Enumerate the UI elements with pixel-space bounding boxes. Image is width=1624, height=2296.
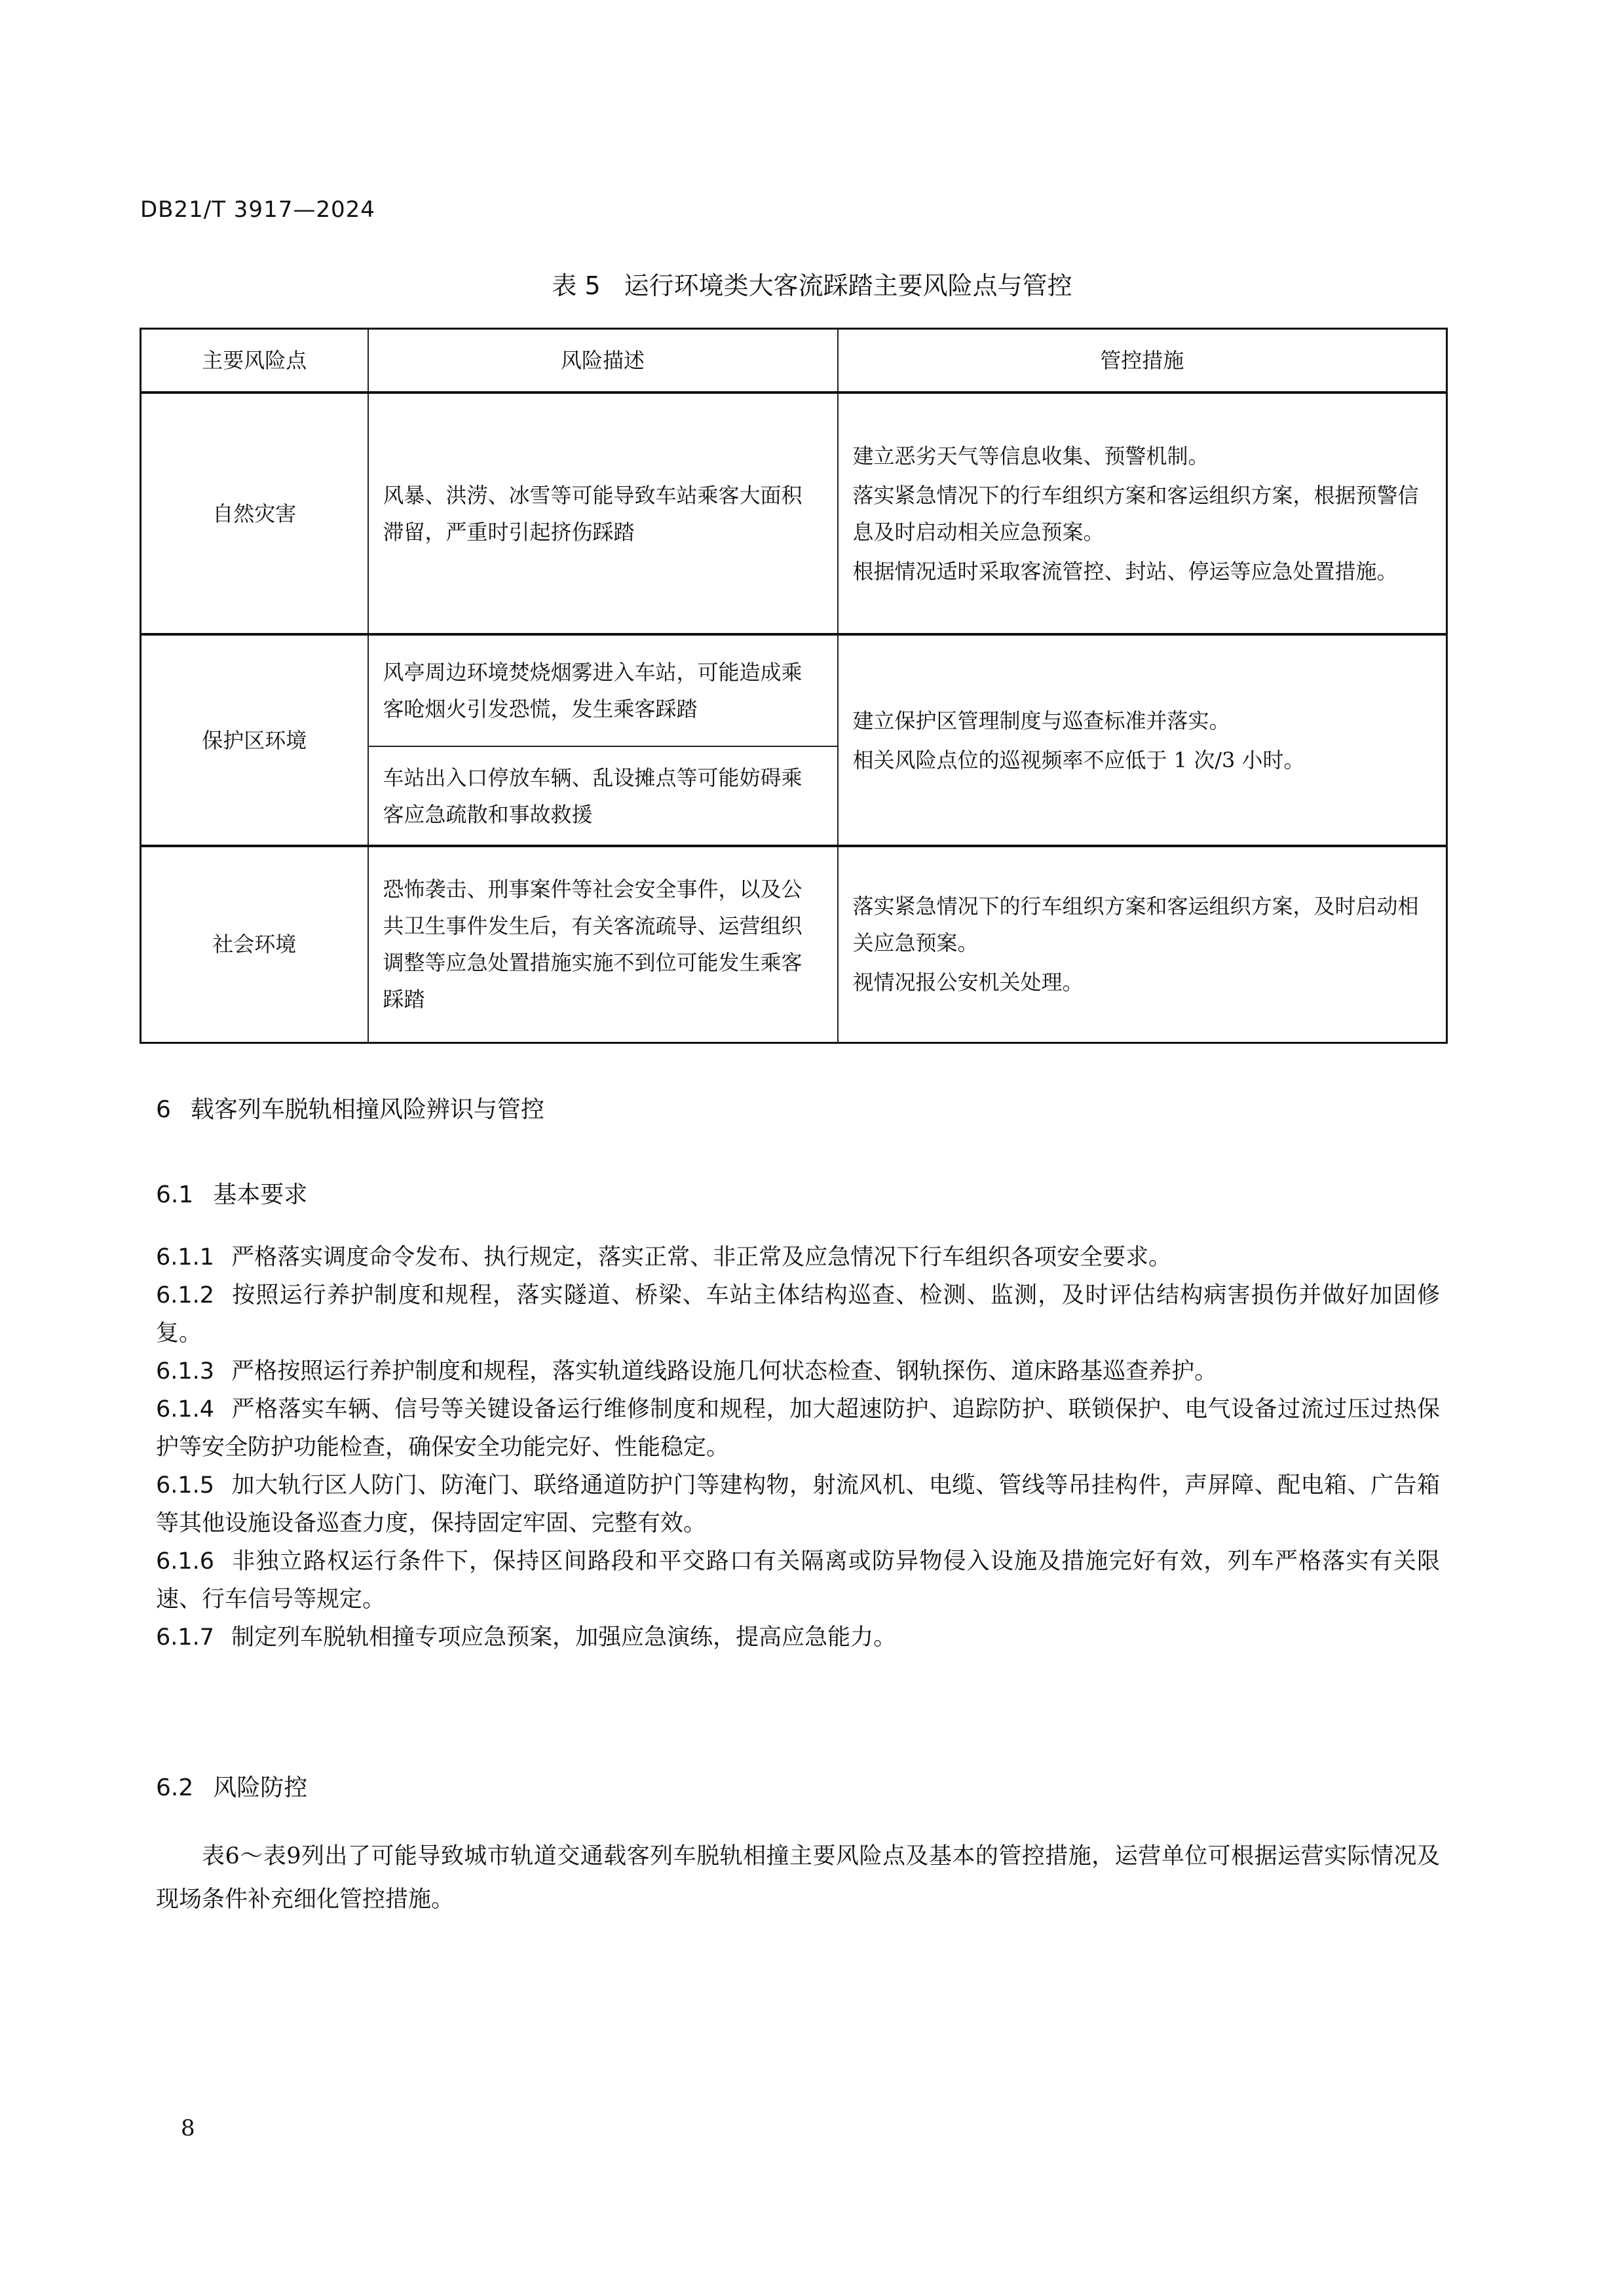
clause-text: 按照运行养护制度和规程，落实隧道、桥梁、车站主体结构巡查、检测、监测，及时评估结…: [156, 1282, 1440, 1347]
control-measures: 建立恶劣天气等信息收集、预警机制。 落实紧急情况下的行车组织方案和客运组织方案，…: [838, 392, 1447, 634]
clause-item: 6.1.7制定列车脱轨相撞专项应急预案，加强应急演练，提高应急能力。: [156, 1618, 1440, 1656]
clause-number: 6.1.3: [156, 1358, 214, 1385]
description-text: 风亭周边环境焚烧烟雾进入车站，可能造成乘客呛烟火引发恐慌，发生乘客踩踏: [383, 654, 823, 727]
clause-text: 严格按照运行养护制度和规程，落实轨道线路设施几何状态检查、钢轨探伤、道床路基巡查…: [231, 1358, 1217, 1385]
risk-description: 风暴、洪涝、冰雪等可能导致车站乘客大面积滞留，严重时引起挤伤踩踏: [368, 392, 838, 634]
table-header-row: 主要风险点 风险描述 管控措施: [141, 329, 1447, 393]
column-header-control-measures: 管控措施: [838, 329, 1447, 393]
clause-text: 严格落实车辆、信号等关键设备运行维修制度和规程，加大超速防护、追踪防护、联锁保护…: [156, 1396, 1440, 1461]
clause-number: 6.1.6: [156, 1548, 214, 1575]
clause-number: 6.1.1: [156, 1244, 214, 1271]
risk-description: 恐怖袭击、刑事案件等社会安全事件，以及公共卫生事件发生后，有关客流疏导、运营组织…: [368, 846, 838, 1043]
section-number: 6: [156, 1096, 171, 1123]
risk-description: 风亭周边环境焚烧烟雾进入车站，可能造成乘客呛烟火引发恐慌，发生乘客踩踏: [368, 634, 838, 746]
page-number: 8: [181, 2115, 195, 2141]
table-row: 保护区环境 风亭周边环境焚烧烟雾进入车站，可能造成乘客呛烟火引发恐慌，发生乘客踩…: [141, 634, 1447, 746]
clause-item: 6.1.6非独立路权运行条件下，保持区间路段和平交路口有关隔离或防异物侵入设施及…: [156, 1542, 1440, 1618]
control-measures: 落实紧急情况下的行车组织方案和客运组织方案，及时启动相关应急预案。 视情况报公安…: [838, 846, 1447, 1043]
clause-number: 6.1.5: [156, 1472, 214, 1499]
clause-number: 6.1.2: [156, 1282, 214, 1309]
clause-item: 6.1.3严格按照运行养护制度和规程，落实轨道线路设施几何状态检查、钢轨探伤、道…: [156, 1352, 1440, 1390]
clause-list: 6.1.1严格落实调度命令发布、执行规定，落实正常、非正常及应急情况下行车组织各…: [156, 1238, 1440, 1656]
clause-number: 6.1.4: [156, 1396, 214, 1423]
document-code: DB21/T 3917—2024: [140, 197, 375, 223]
measure-item: 视情况报公安机关处理。: [853, 964, 1432, 1001]
clause-item: 6.1.1严格落实调度命令发布、执行规定，落实正常、非正常及应急情况下行车组织各…: [156, 1238, 1440, 1276]
measure-item: 建立保护区管理制度与巡查标准并落实。: [853, 702, 1432, 739]
section-number: 6.1: [156, 1181, 193, 1208]
measure-item: 落实紧急情况下的行车组织方案和客运组织方案，及时启动相关应急预案。: [853, 888, 1432, 961]
clause-text: 制定列车脱轨相撞专项应急预案，加强应急演练，提高应急能力。: [231, 1624, 896, 1651]
clause-text: 非独立路权运行条件下，保持区间路段和平交路口有关隔离或防异物侵入设施及措施完好有…: [156, 1548, 1440, 1613]
column-header-risk-description: 风险描述: [368, 329, 838, 393]
section-heading-6-1: 6.1基本要求: [156, 1176, 307, 1210]
risk-table: 主要风险点 风险描述 管控措施 自然灾害 风暴、洪涝、冰雪等可能导致车站乘客大面…: [140, 328, 1448, 1044]
table-number: 表 5: [552, 271, 600, 300]
body-paragraph: 表6～表9列出了可能导致城市轨道交通载客列车脱轨相撞主要风险点及基本的管控措施，…: [156, 1835, 1440, 1921]
table-caption: 表 5运行环境类大客流踩踏主要风险点与管控: [0, 265, 1624, 301]
clause-text: 加大轨行区人防门、防淹门、联络通道防护门等建构物，射流风机、电缆、管线等吊挂构件…: [156, 1472, 1440, 1537]
description-text: 恐怖袭击、刑事案件等社会安全事件，以及公共卫生事件发生后，有关客流疏导、运营组织…: [383, 871, 823, 1018]
measure-item: 相关风险点位的巡视频率不应低于 1 次/3 小时。: [853, 742, 1432, 778]
section-title: 载客列车脱轨相撞风险辨识与管控: [191, 1096, 544, 1123]
section-heading-6: 6载客列车脱轨相撞风险辨识与管控: [156, 1091, 544, 1124]
section-title: 基本要求: [213, 1181, 307, 1208]
table-row: 自然灾害 风暴、洪涝、冰雪等可能导致车站乘客大面积滞留，严重时引起挤伤踩踏 建立…: [141, 392, 1447, 634]
risk-category: 自然灾害: [141, 392, 368, 634]
clause-number: 6.1.7: [156, 1624, 214, 1651]
column-header-risk-point: 主要风险点: [141, 329, 368, 393]
section-number: 6.2: [156, 1774, 193, 1801]
risk-description: 车站出入口停放车辆、乱设摊点等可能妨碍乘客应急疏散和事故救援: [368, 746, 838, 846]
table-row: 社会环境 恐怖袭击、刑事案件等社会安全事件，以及公共卫生事件发生后，有关客流疏导…: [141, 846, 1447, 1043]
clause-item: 6.1.4严格落实车辆、信号等关键设备运行维修制度和规程，加大超速防护、追踪防护…: [156, 1390, 1440, 1466]
risk-category: 保护区环境: [141, 634, 368, 846]
description-text: 车站出入口停放车辆、乱设摊点等可能妨碍乘客应急疏散和事故救援: [383, 759, 823, 833]
table-title: 运行环境类大客流踩踏主要风险点与管控: [624, 271, 1072, 300]
description-text: 风暴、洪涝、冰雪等可能导致车站乘客大面积滞留，严重时引起挤伤踩踏: [383, 477, 823, 550]
section-title: 风险防控: [213, 1774, 307, 1801]
risk-category: 社会环境: [141, 846, 368, 1043]
measure-item: 建立恶劣天气等信息收集、预警机制。: [853, 438, 1432, 474]
section-heading-6-2: 6.2风险防控: [156, 1769, 307, 1803]
clause-text: 严格落实调度命令发布、执行规定，落实正常、非正常及应急情况下行车组织各项安全要求…: [231, 1244, 1171, 1271]
clause-item: 6.1.2按照运行养护制度和规程，落实隧道、桥梁、车站主体结构巡查、检测、监测，…: [156, 1276, 1440, 1352]
control-measures: 建立保护区管理制度与巡查标准并落实。 相关风险点位的巡视频率不应低于 1 次/3…: [838, 634, 1447, 846]
measure-item: 落实紧急情况下的行车组织方案和客运组织方案，根据预警信息及时启动相关应急预案。: [853, 477, 1432, 550]
clause-item: 6.1.5加大轨行区人防门、防淹门、联络通道防护门等建构物，射流风机、电缆、管线…: [156, 1466, 1440, 1542]
measure-item: 根据情况适时采取客流管控、封站、停运等应急处置措施。: [853, 553, 1432, 590]
